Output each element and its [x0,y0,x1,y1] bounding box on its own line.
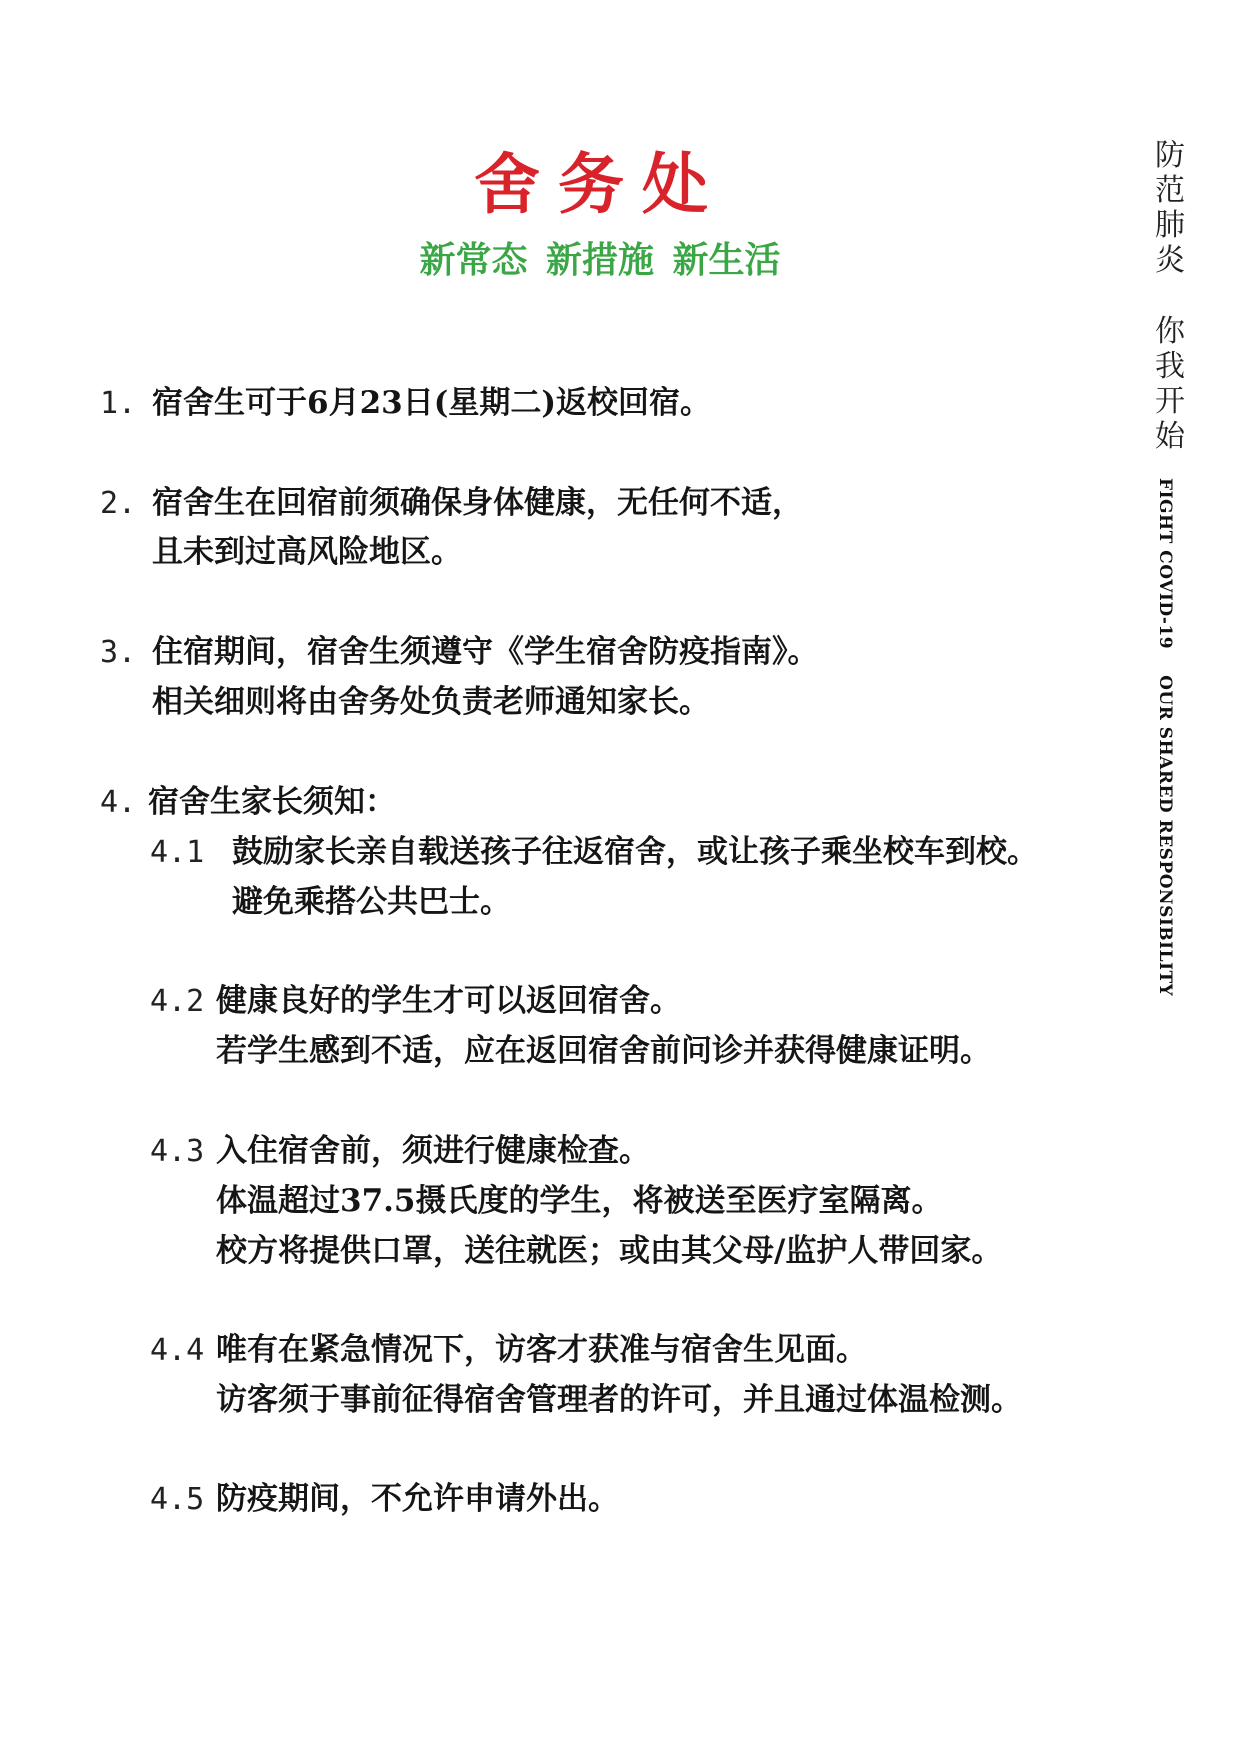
sub-item-number: 4.4 [150,1336,216,1366]
sub-item-text-continuation: 若学生感到不适，应在返回宿舍前问诊并获得健康证明。 [216,1036,991,1067]
side-char: 炎 [1150,243,1190,278]
item-text-continuation: 且未到过高风险地区。 [152,537,462,568]
side-slogan-chinese: 防 范 肺 炎 你 我 开 始 [1150,138,1190,454]
sub-item-number: 4.3 [150,1137,216,1167]
sub-item-4-4: 4.4唯有在紧急情况下，访客才获准与宿舍生见面。 [150,1335,867,1366]
sub-item-number: 4.1 [150,838,232,868]
sub-item-4-1: 4.1鼓励家长亲自载送孩子往返宿舍，或让孩子乘坐校车到校。 [150,837,1038,868]
sub-item-text-continuation: 体温超过37.5摄氏度的学生，将被送至医疗室隔离。 [216,1186,943,1217]
side-char: 开 [1150,384,1190,419]
side-char: 防 [1150,138,1190,173]
item-number: 2. [100,489,152,519]
item-text: 住宿期间，宿舍生须遵守《学生宿舍防疫指南》。 [152,634,819,670]
side-gap [1150,278,1190,314]
sub-item-4-5: 4.5防疫期间，不允许申请外出。 [150,1484,619,1515]
item-number: 3. [100,638,152,668]
side-char: 肺 [1150,208,1190,243]
list-item-4: 4.宿舍生家长须知： [100,787,396,818]
list-item-3: 3.住宿期间，宿舍生须遵守《学生宿舍防疫指南》。 [100,637,819,668]
side-char: 范 [1150,173,1190,208]
side-en-part1: FIGHT COVID-19 [1155,478,1175,649]
sub-item-text-continuation: 避免乘搭公共巴士。 [232,887,511,918]
sub-item-text: 健康良好的学生才可以返回宿舍。 [216,983,681,1019]
list-item-2: 2.宿舍生在回宿前须确保身体健康，无任何不适， [100,488,803,519]
sub-item-4-2: 4.2健康良好的学生才可以返回宿舍。 [150,986,681,1017]
sub-item-number: 4.5 [150,1485,216,1515]
item-text-continuation: 相关细则将由舍务处负责老师通知家长。 [152,687,710,718]
side-en-part2: OUR SHARED RESPONSIBILITY [1155,675,1175,996]
side-char: 始 [1150,419,1190,454]
sub-item-4-3: 4.3入住宿舍前，须进行健康检查。 [150,1136,650,1167]
sub-item-text: 入住宿舍前，须进行健康检查。 [216,1133,650,1169]
item-number: 4. [100,788,148,818]
item-text: 宿舍生在回宿前须确保身体健康，无任何不适， [152,485,803,521]
item-number: 1. [100,389,152,419]
item-text: 宿舍生可于6月23日(星期二)返校回宿。 [152,385,711,421]
sub-item-text-continuation: 访客须于事前征得宿舍管理者的许可，并且通过体温检测。 [216,1385,1022,1416]
side-slogan-english: FIGHT COVID-19OUR SHARED RESPONSIBILITY [1155,478,1175,996]
page-subtitle: 新常态 新措施 新生活 [0,243,1200,279]
page-title: 舍务处 [0,152,1200,218]
side-char: 你 [1150,314,1190,349]
list-item-1: 1.宿舍生可于6月23日(星期二)返校回宿。 [100,388,711,419]
sub-item-text: 鼓励家长亲自载送孩子往返宿舍，或让孩子乘坐校车到校。 [232,834,1038,870]
sub-item-text: 防疫期间，不允许申请外出。 [216,1481,619,1517]
sub-item-number: 4.2 [150,987,216,1017]
side-char: 我 [1150,349,1190,384]
item-text: 宿舍生家长须知： [148,784,396,820]
sub-item-text-continuation: 校方将提供口罩，送往就医；或由其父母/监护人带回家。 [216,1236,1002,1267]
sub-item-text: 唯有在紧急情况下，访客才获准与宿舍生见面。 [216,1332,867,1368]
